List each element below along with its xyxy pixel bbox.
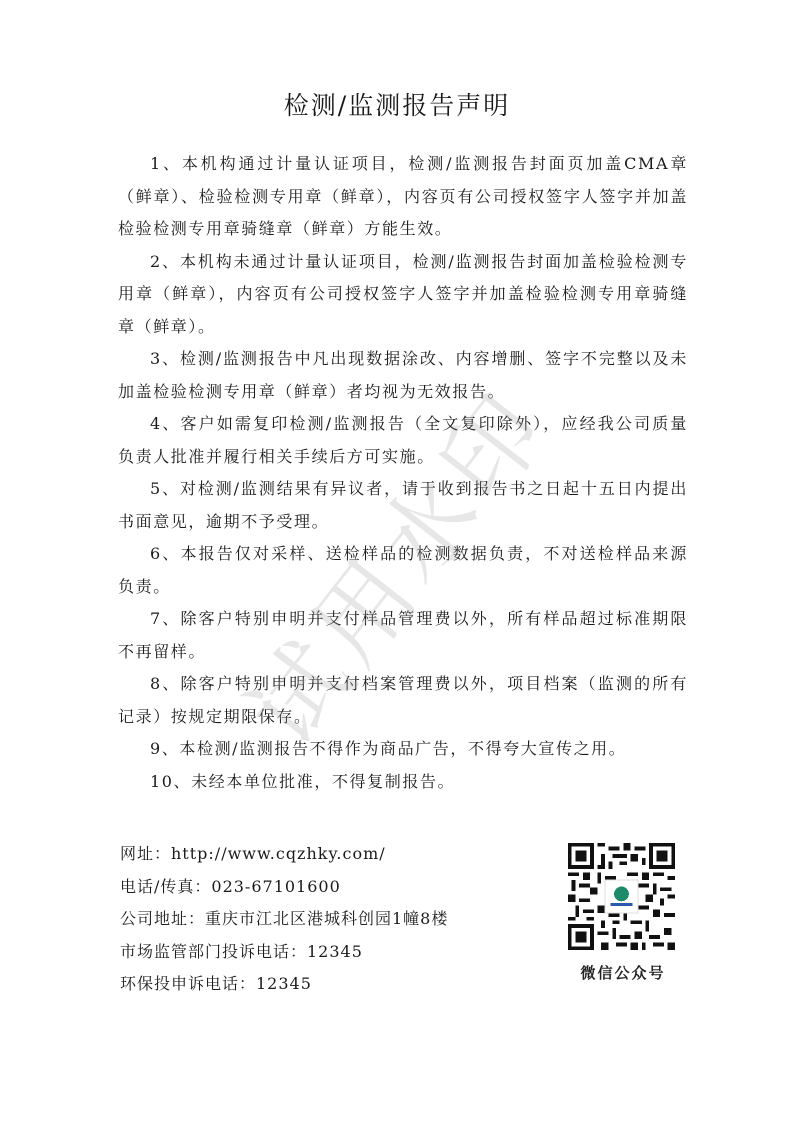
- market-complaint-phone: 市场监管部门投诉电话：12345: [120, 936, 448, 969]
- statement-item: 8、除客户特别申明并支付档案管理费以外，项目档案（监测的所有记录）按规定期限保存…: [118, 668, 688, 733]
- document-page: 检测/监测报告声明 1、本机构通过计量认证项目，检测/监测报告封面页加盖CMA章…: [0, 0, 794, 1122]
- wechat-qr-block: 微信公众号: [568, 843, 678, 983]
- qr-caption: 微信公众号: [568, 962, 678, 983]
- statement-item: 4、客户如需复印检测/监测报告（全文复印除外），应经我公司质量负责人批准并履行相…: [118, 408, 688, 473]
- statement-item: 7、除客户特别申明并支付样品管理费以外，所有样品超过标准期限不再留样。: [118, 603, 688, 668]
- statement-body: 1、本机构通过计量认证项目，检测/监测报告封面页加盖CMA章（鲜章）、检验检测专…: [118, 148, 688, 798]
- statement-item: 6、本报告仅对采样、送检样品的检测数据负责，不对送检样品来源负责。: [118, 538, 688, 603]
- website-link[interactable]: 网址：http://www.cqzhky.com/: [120, 838, 448, 871]
- statement-item: 1、本机构通过计量认证项目，检测/监测报告封面页加盖CMA章（鲜章）、检验检测专…: [118, 148, 688, 246]
- statement-item: 3、检测/监测报告中凡出现数据涂改、内容增删、签字不完整以及未加盖检验检测专用章…: [118, 343, 688, 408]
- page-title: 检测/监测报告声明: [0, 86, 794, 122]
- statement-item: 2、本机构未通过计量认证项目，检测/监测报告封面加盖检验检测专用章（鲜章），内容…: [118, 246, 688, 344]
- qr-code-icon: [568, 843, 675, 950]
- company-address: 公司地址：重庆市江北区港城科创园1幢8楼: [120, 903, 448, 936]
- env-complaint-phone: 环保投申诉电话：12345: [120, 968, 448, 1001]
- contact-info: 网址：http://www.cqzhky.com/ 电话/传真：023-6710…: [120, 838, 448, 1001]
- statement-item: 9、本检测/监测报告不得作为商品广告，不得夸大宣传之用。: [118, 733, 688, 766]
- statement-item: 10、未经本单位批准，不得复制报告。: [118, 766, 688, 799]
- statement-item: 5、对检测/监测结果有异议者，请于收到报告书之日起十五日内提出书面意见，逾期不予…: [118, 473, 688, 538]
- phone-fax: 电话/传真：023-67101600: [120, 871, 448, 904]
